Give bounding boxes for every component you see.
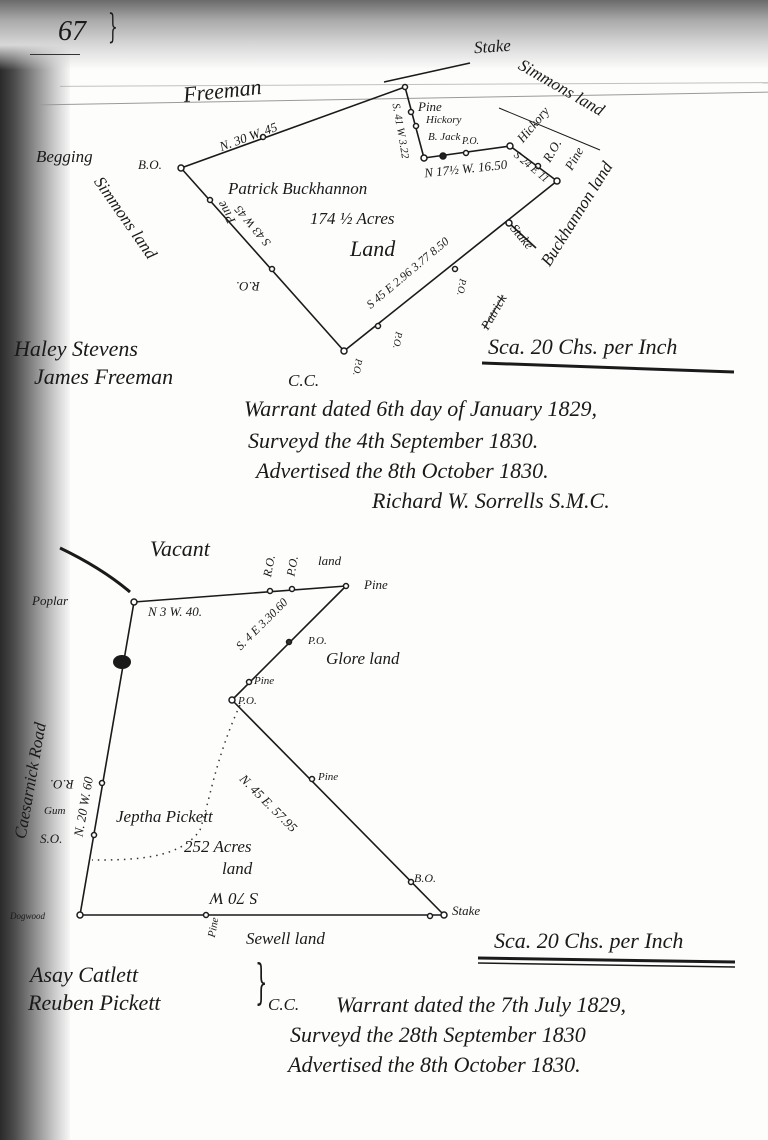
plat1-land-word: Land [350, 238, 395, 260]
plat2-scale: Sca. 20 Chs. per Inch [494, 930, 683, 952]
plat1-note-surveyed: Surveyd the 4th September 1830. [248, 430, 538, 452]
plat2-corner-po-inner: P.O. [238, 696, 257, 707]
plat2-note-surveyed: Surveyd the 28th September 1830 [290, 1024, 586, 1046]
plat2-note-advertised: Advertised the 8th October 1830. [288, 1054, 581, 1076]
plat1-owner-name: Patrick Buckhannon [228, 180, 367, 197]
plat2-land-word: land [222, 860, 252, 877]
plat1-scale: Sca. 20 Chs. per Inch [488, 336, 677, 358]
plat2-corner-spanish-oak: S.O. [40, 832, 62, 845]
plat1-adjoiner-left: Begging [36, 148, 93, 165]
plat1-note-warrant: Warrant dated 6th day of January 1829, [244, 398, 597, 420]
plat2-chain-carrier-1: Asay Catlett [30, 964, 138, 986]
plat2-corner-po: P.O. [285, 555, 300, 577]
plat2-owner-name: Jeptha Pickett [116, 808, 213, 825]
plat2-corner-ro-w: R.O. [50, 778, 74, 791]
plat2-corner-ro: R.O. [261, 554, 277, 578]
plat2-corner-stake: Stake [452, 904, 480, 917]
plat1-stake-label: Stake [473, 37, 511, 57]
plat1-corner-jack: B. Jack [428, 132, 460, 143]
plat2-corner-pine-e: Pine [318, 772, 338, 783]
plat2-acreage: 252 Acres [184, 838, 252, 855]
plat1-cc-label: C.C. [288, 372, 319, 389]
plat2-adjoiner-bottom: Sewell land [246, 930, 325, 947]
plat2-corner-gum: Gum [44, 806, 65, 817]
plat1-chain-carrier-2: James Freeman [34, 366, 173, 388]
brace-icon: } [255, 958, 267, 1006]
plat2-corner-bo: B.O. [414, 872, 436, 884]
plat1-chain-carrier-1: Haley Stevens [14, 338, 138, 360]
plat2-corner-poplar: Poplar [32, 594, 68, 607]
plat1-corner-po-s2: P.O. [390, 331, 403, 350]
plat2-call-north: N 3 W. 40. [148, 605, 202, 618]
plat2-corner-po-mid: P.O. [308, 636, 327, 647]
plat1-corner-hickory-a: Hickory [426, 115, 461, 126]
plat1-corner-po-bottom: P.O. [350, 358, 363, 377]
plat2-corner-pine-mid: Pine [254, 676, 274, 687]
survey-page: 67 } [0, 0, 768, 1140]
plat2-call-south: S 70 W [210, 890, 258, 907]
plat1-note-advertised: Advertised the 8th October 1830. [256, 460, 549, 482]
plat2-chain-carrier-2: Reuben Pickett [28, 992, 161, 1014]
plat2-adjoiner-top-small: land [318, 554, 341, 567]
plat2-adjoiner-top: Vacant [150, 538, 210, 560]
plat2-corner-dogwood: Dogwood [10, 912, 45, 921]
plat1-surveyor-signature: Richard W. Sorrells S.M.C. [372, 490, 610, 512]
plat2-note-warrant: Warrant dated the 7th July 1829, [336, 994, 626, 1016]
plat1-corner-ro-w: R.O. [236, 280, 260, 293]
plat1-corner-pine-top: Pine [418, 100, 442, 113]
plat1-corner-start: B.O. [138, 158, 162, 171]
plat1-acreage: 174 ½ Acres [310, 210, 395, 227]
plat2-corner-pine-ne: Pine [364, 578, 388, 591]
plat1-corner-po-a: P.O. [462, 137, 479, 147]
plat2-cc-label: C.C. [268, 996, 299, 1013]
plat2-adjoiner-right: Glore land [326, 650, 400, 667]
plat1-corner-po-s1: P.O. [454, 278, 467, 297]
